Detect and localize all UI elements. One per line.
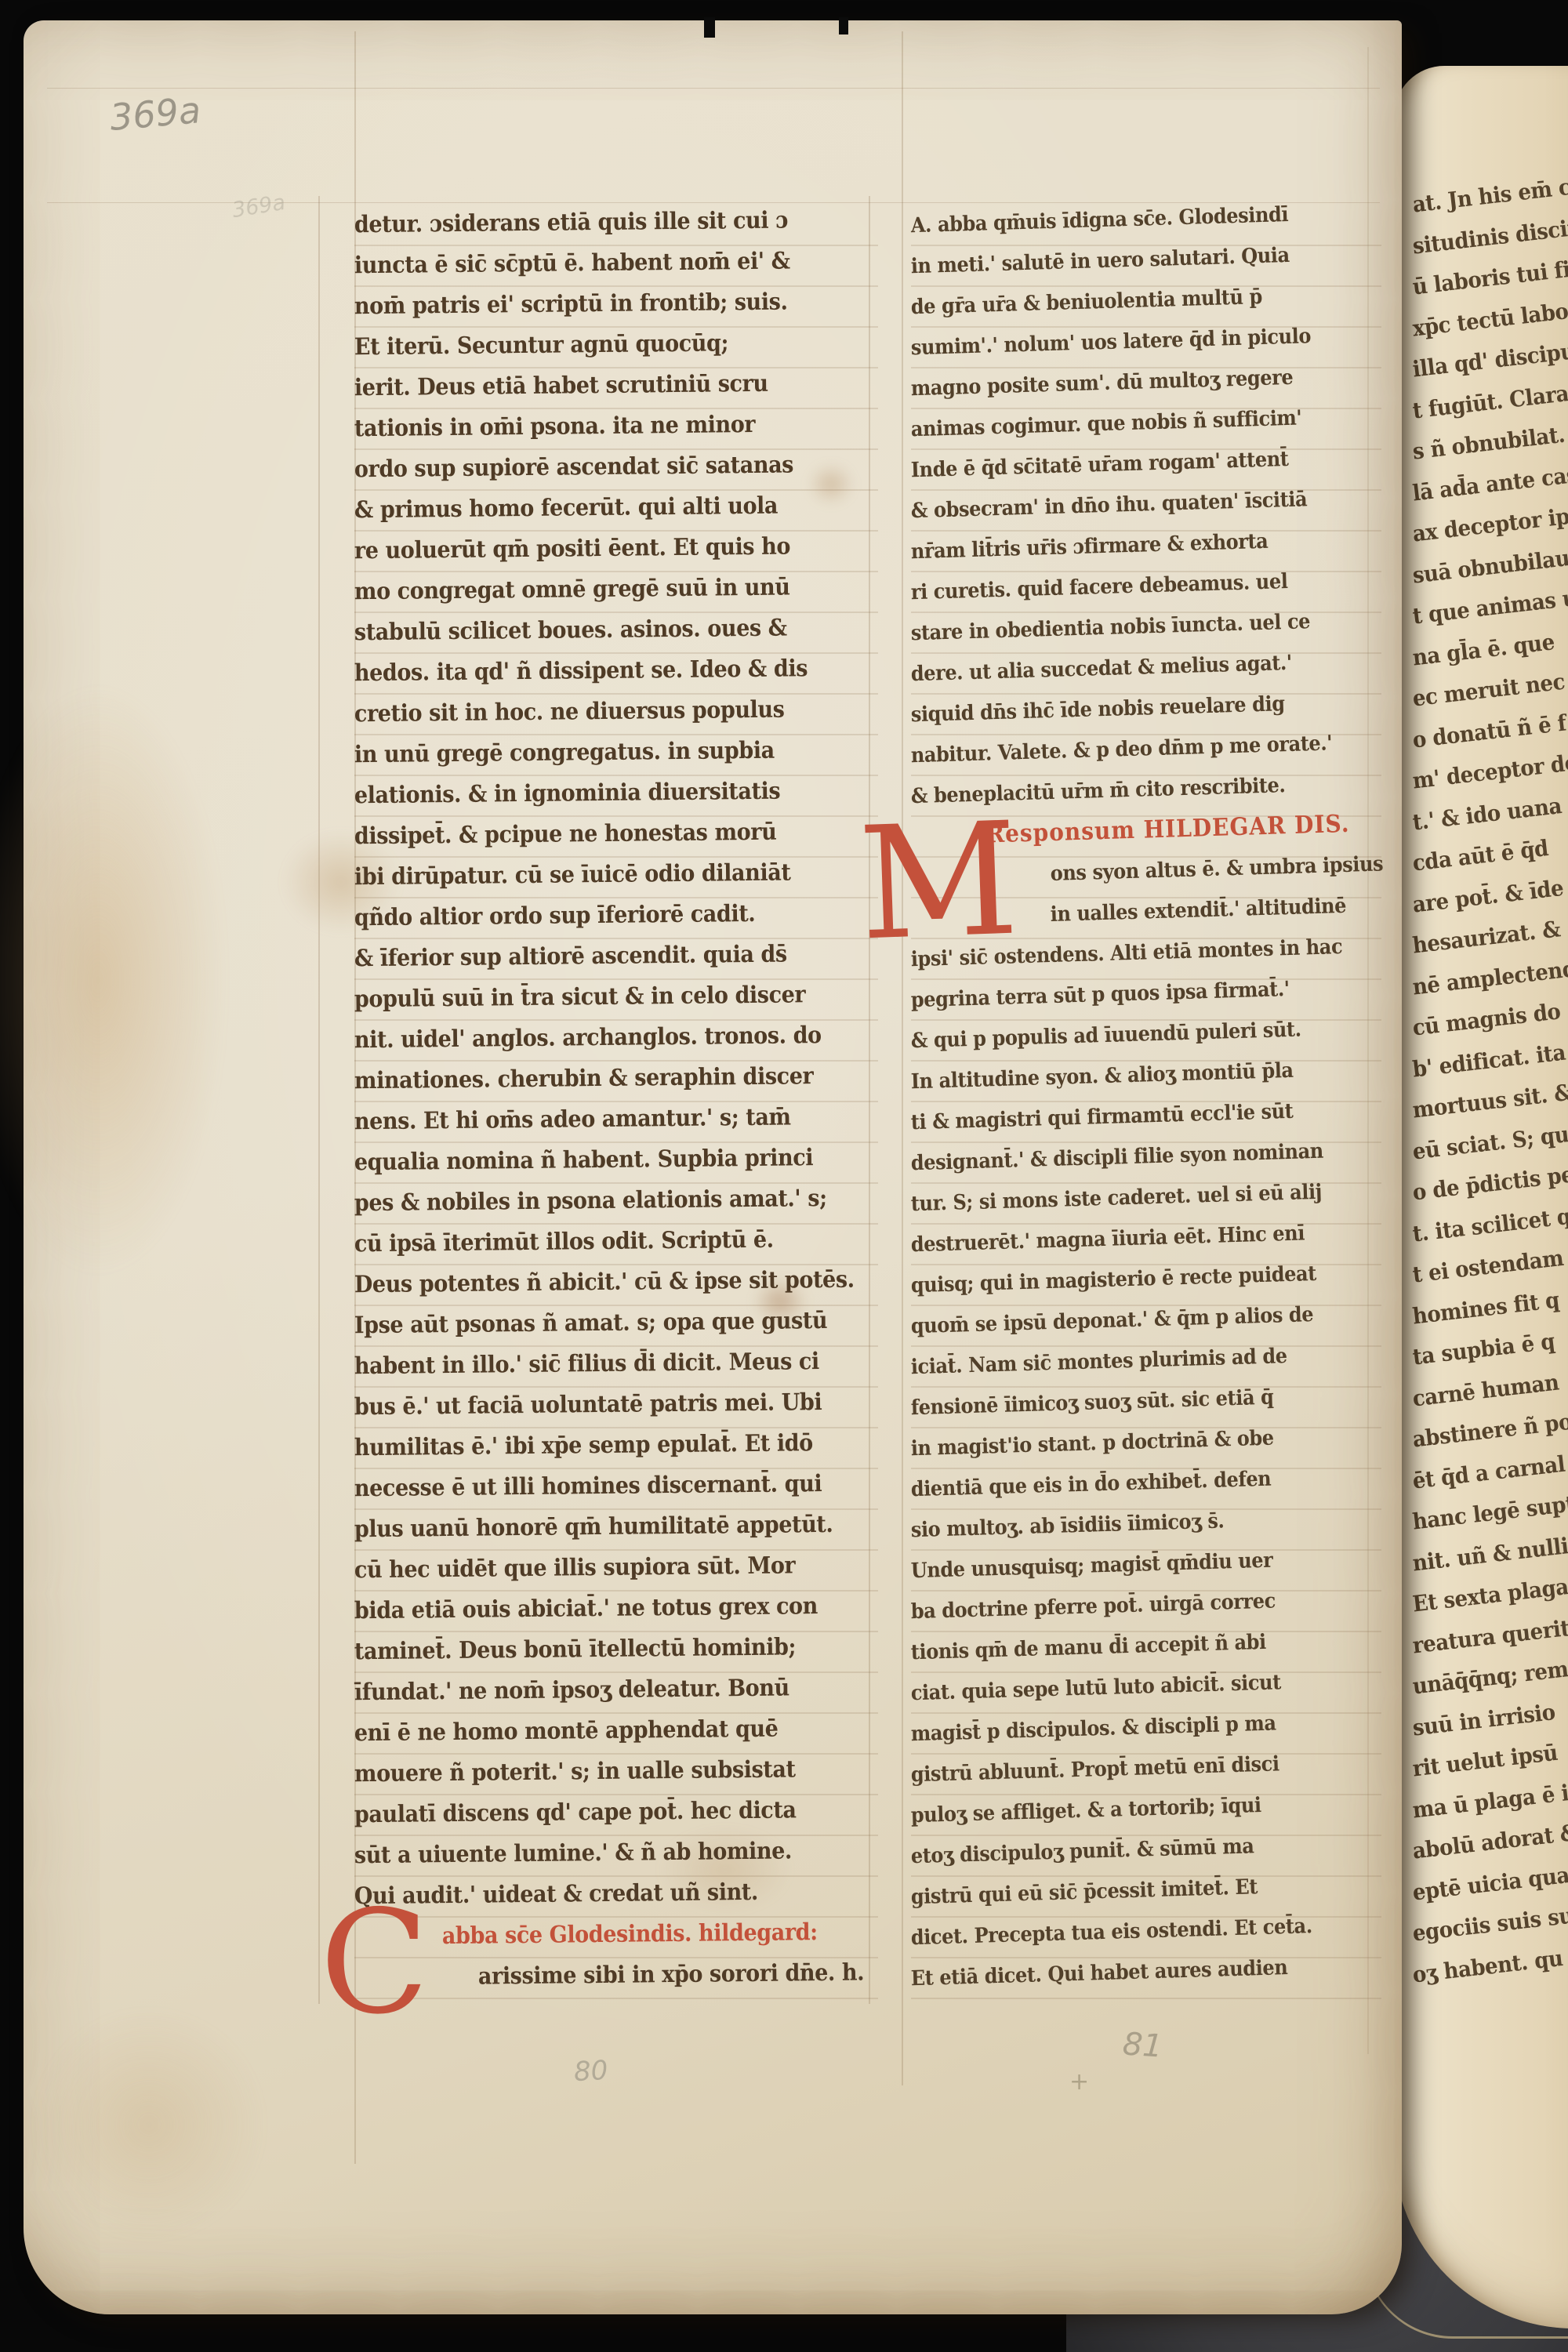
folio-number-80: 80 (573, 2055, 608, 2088)
ruling-line (318, 196, 320, 2004)
right-text-column: A. abba qm̄uis īdigna sc̄e. Glodesindīin… (911, 205, 1381, 1999)
left-column-lines: detur. ɔsiderans etiā quis ille sit cui … (354, 205, 878, 1918)
left-text-column: detur. ɔsiderans etiā quis ille sit cui … (354, 205, 878, 1999)
text-line: arissime sibi in xp̄o sorori dn̄e. h. (354, 1951, 879, 2001)
shelfmark-pencil: 369a (108, 89, 202, 139)
folio-number-81: 81 (1121, 2026, 1163, 2064)
manuscript-photo: at. Jn his em̄ cuisitudinis discipuū lab… (0, 0, 1568, 2352)
ruling-line (902, 31, 903, 2085)
right-column-lines-after: ipsi' sic̄ ostendens. Alti etiā montes i… (911, 939, 1381, 1999)
illuminated-initial-M: M (857, 802, 1022, 963)
right-column-lines-before: A. abba qm̄uis īdigna sc̄e. Glodesindīin… (911, 205, 1381, 817)
ruling-line (47, 88, 1380, 89)
top-edge-notch (839, 17, 848, 34)
illuminated-initial-C: C (320, 1891, 429, 2034)
next-page-text-column: at. Jn his em̄ cuisitudinis discipuū lab… (1413, 185, 1568, 1996)
plus-mark: + (1069, 2068, 1089, 2096)
top-edge-notch (704, 17, 715, 38)
